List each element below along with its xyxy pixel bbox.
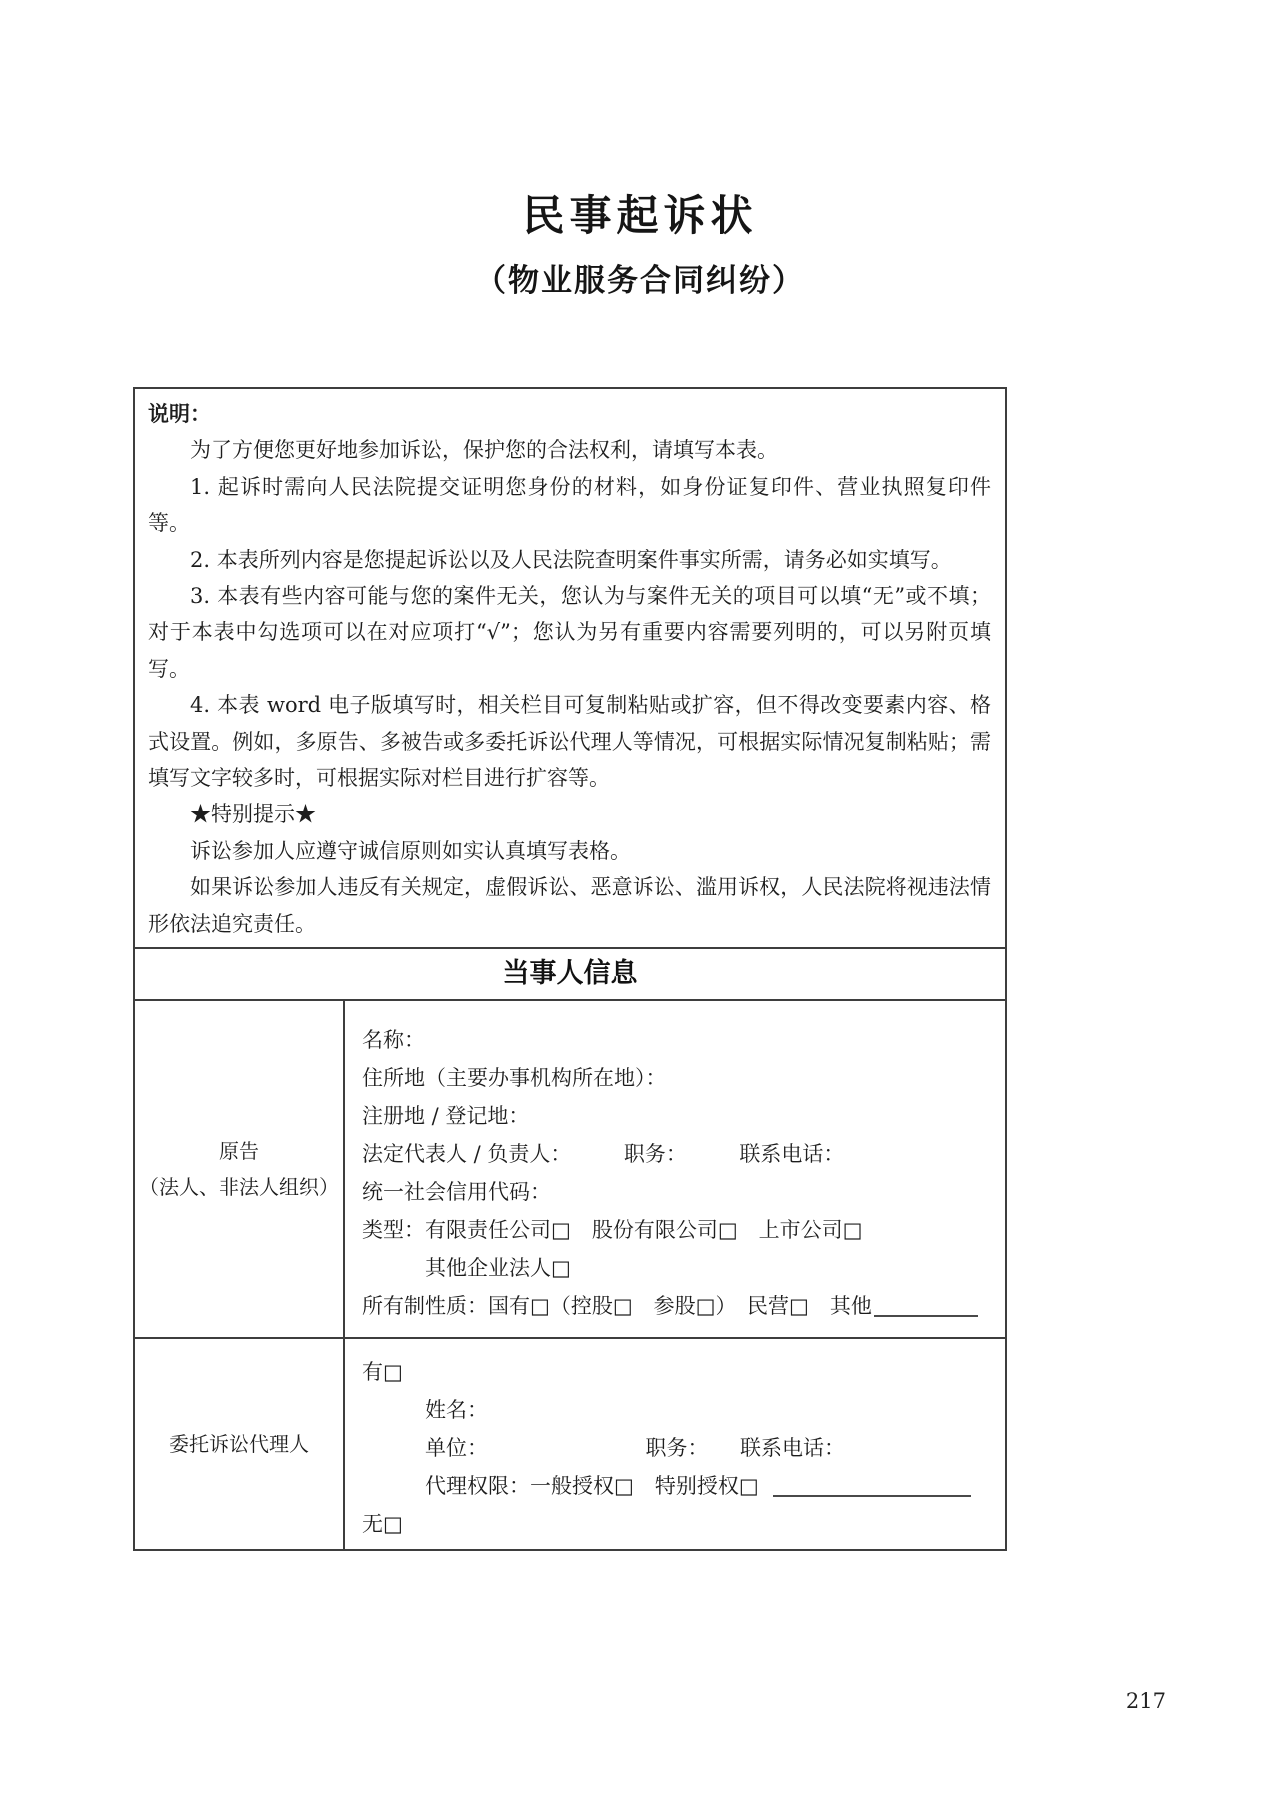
agent-content-cell: 有□ 姓名： 单位： 职务： 联系电话： 代理权限：一般授权□ 特别授权□ 无□ xyxy=(345,1339,1005,1549)
instructions-section: 说明： 为了方便您更好地参加诉讼，保护您的合法权利，请填写本表。 1. 起诉时需… xyxy=(135,389,1005,947)
instruction-item-2: 2. 本表所列内容是您提起诉讼以及人民法院查明案件事实所需，请务必如实填写。 xyxy=(148,542,991,578)
agent-authority-line: 代理权限：一般授权□ 特别授权□ xyxy=(362,1467,993,1505)
plaintiff-label-cell: 原告 （法人、非法人组织） xyxy=(135,1001,345,1337)
document-subtitle: （物业服务合同纠纷） xyxy=(0,260,1280,302)
blank-underline xyxy=(773,1474,971,1497)
instructions-heading: 说明： xyxy=(148,402,211,426)
name-line: 名称： xyxy=(362,1021,993,1059)
document-page: 民事起诉状 （物业服务合同纠纷） 说明： 为了方便您更好地参加诉讼，保护您的合法… xyxy=(0,0,1280,1810)
instruction-intro: 为了方便您更好地参加诉讼，保护您的合法权利，请填写本表。 xyxy=(148,432,991,468)
special-notice-heading: ★特别提示★ xyxy=(148,796,991,832)
agent-label-cell: 委托诉讼代理人 xyxy=(135,1339,345,1549)
agent-row: 委托诉讼代理人 有□ 姓名： 单位： 职务： 联系电话： 代理权限：一般授权□ … xyxy=(135,1337,1005,1549)
agent-name-line: 姓名： xyxy=(362,1391,993,1429)
credit-code-line: 统一社会信用代码： xyxy=(362,1173,993,1211)
agent-has-line: 有□ xyxy=(362,1353,993,1391)
plaintiff-content-cell: 名称： 住所地（主要办事机构所在地）： 注册地 / 登记地： 法定代表人 / 负… xyxy=(345,1001,1005,1337)
legal-representative-line: 法定代表人 / 负责人： 职务： 联系电话： xyxy=(362,1135,993,1173)
blank-underline xyxy=(874,1294,978,1317)
agent-none-line: 无□ xyxy=(362,1505,993,1543)
company-type-line: 类型：有限责任公司□ 股份有限公司□ 上市公司□ xyxy=(362,1211,993,1249)
plaintiff-label-subtitle: （法人、非法人组织） xyxy=(139,1169,339,1205)
plaintiff-label: 原告 xyxy=(219,1133,259,1169)
instruction-item-4: 4. 本表 word 电子版填写时，相关栏目可复制粘贴或扩容，但不得改变要素内容… xyxy=(148,687,991,796)
instruction-item-3: 3. 本表有些内容可能与您的案件无关，您认为与案件无关的项目可以填“无”或不填；… xyxy=(148,578,991,687)
registration-line: 注册地 / 登记地： xyxy=(362,1097,993,1135)
party-info-section-title: 当事人信息 xyxy=(135,947,1005,999)
plaintiff-row: 原告 （法人、非法人组织） 名称： 住所地（主要办事机构所在地）： 注册地 / … xyxy=(135,999,1005,1337)
ownership-line: 所有制性质：国有□（控股□ 参股□） 民营□ 其他 xyxy=(362,1287,993,1325)
special-notice-line-2: 如果诉讼参加人违反有关规定，虚假诉讼、恶意诉讼、滥用诉权，人民法院将视违法情形依… xyxy=(148,869,991,942)
agent-label: 委托诉讼代理人 xyxy=(169,1426,309,1462)
form-table: 说明： 为了方便您更好地参加诉讼，保护您的合法权利，请填写本表。 1. 起诉时需… xyxy=(133,387,1007,1551)
document-title: 民事起诉状 xyxy=(0,0,1280,244)
ownership-line-text: 所有制性质：国有□（控股□ 参股□） 民营□ 其他 xyxy=(362,1294,872,1318)
agent-unit-line: 单位： 职务： 联系电话： xyxy=(362,1429,993,1467)
page-number: 217 xyxy=(1126,1689,1166,1713)
company-type-other-line: 其他企业法人□ xyxy=(362,1249,993,1287)
domicile-line: 住所地（主要办事机构所在地）： xyxy=(362,1059,993,1097)
special-notice-line-1: 诉讼参加人应遵守诚信原则如实认真填写表格。 xyxy=(148,833,991,869)
instruction-item-1: 1. 起诉时需向人民法院提交证明您身份的材料，如身份证复印件、营业执照复印件等。 xyxy=(148,469,991,542)
agent-authority-text: 代理权限：一般授权□ 特别授权□ xyxy=(425,1474,759,1498)
